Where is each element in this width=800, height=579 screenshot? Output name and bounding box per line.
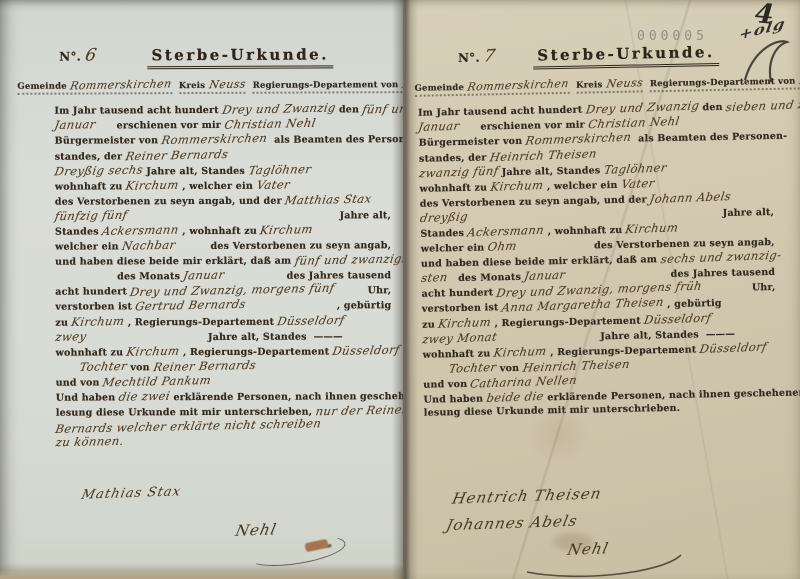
handwritten-text: Januar [417, 121, 460, 134]
handwritten-text: Drey und Zwanzig [221, 103, 336, 117]
handwritten-text: sten [420, 272, 448, 285]
printed-text: den [335, 106, 362, 116]
spacer [517, 248, 594, 249]
printed-text: des Verstorbenen zu seyn angab, und der [55, 196, 285, 207]
spacer [702, 291, 752, 292]
printed-text: des Monats [448, 273, 525, 284]
printed-text: , gebürtig [664, 299, 722, 310]
certificate-page-right: N°. 7 Sterbe-Urkunde. Gemeinde Rommerski… [403, 0, 800, 579]
printed-text: als Beamten des Personen- [631, 132, 787, 144]
handwritten-text: Kirchum [71, 315, 126, 328]
printed-text: welcher ein [55, 242, 122, 252]
certificate-body: Im Jahr tausend acht hundert Drey und Zw… [54, 103, 392, 452]
handwritten-text: Düsseldorf [643, 312, 712, 326]
handwritten-text: sechs und zwanzig- [660, 250, 782, 266]
printed-text: von [496, 364, 523, 374]
printed-text: , wohnhaft zu [179, 227, 261, 237]
certificate-header: N°. 7 Sterbe-Urkunde. [458, 42, 757, 66]
handwritten-text: Kirchum [625, 222, 680, 235]
printed-text: erschienen vor mir [96, 121, 225, 131]
signature-mayor: Nehl [234, 520, 279, 539]
handwritten-text: Ackersmann [467, 225, 546, 239]
printed-text: von [127, 363, 153, 373]
handwritten-text: Düsseldorf [277, 314, 346, 327]
printed-text: Jahre alt, Standes ——— [208, 332, 343, 342]
spacer [127, 218, 339, 219]
printed-text: Uhr, [368, 287, 392, 297]
handwritten-text: Kirchum [126, 345, 181, 358]
spacer [423, 372, 449, 373]
body-line: Tochter von Reiner Bernards [56, 360, 392, 377]
printed-text: Im Jahr tausend acht hundert [418, 106, 586, 119]
printed-text: Und haben [56, 393, 119, 403]
handwritten-text: Kirchum [437, 316, 492, 329]
printed-text: zu [55, 318, 71, 328]
printed-text: wohnhaft zu [423, 349, 494, 360]
printed-text: des Verstorbenen zu seyn angab, [210, 241, 391, 251]
printed-text: welcher ein [421, 244, 488, 255]
scanned-registry-spread: { "meta": { "stamp_number": "000005", "f… [0, 0, 800, 579]
printed-text: acht hundert [55, 288, 130, 298]
handwritten-text: Johann Abels [649, 191, 732, 206]
field-gemeinde: Gemeinde Rommerskirchen [414, 79, 569, 97]
printed-text: des Jahres tausend [671, 268, 776, 280]
certificate-number-label: N°. [59, 51, 81, 63]
printed-text: , Regierungs-Departement [124, 317, 277, 327]
printed-text: und haben diese beide mir erklärt, daß a… [421, 255, 661, 269]
printed-text: , welcher ein [179, 181, 257, 191]
printed-text: standes, der [55, 152, 126, 162]
printed-text: Bürgermeister von [55, 137, 162, 147]
body-line: Dreyßig sechs Jahre alt, Standes Taglöhn… [55, 164, 391, 181]
spacer [735, 336, 776, 337]
printed-text: zu [422, 320, 438, 330]
handwritten-text: Gertrud Bernards [134, 299, 247, 313]
printed-text: , Regierungs-Departement [179, 347, 332, 357]
printed-text: den [699, 103, 726, 113]
handwritten-text: die zwei [118, 391, 171, 404]
handwritten-text: Rommerskirchen [161, 133, 269, 147]
printed-text: wohnhaft zu [55, 182, 126, 192]
handwritten-text: Ackersmann [101, 224, 180, 237]
handwritten-text: Christian Nehl [223, 118, 316, 131]
certificate-number: 7 [482, 48, 496, 65]
printed-text: verstorben ist [55, 303, 135, 313]
handwritten-text: Kirchum [125, 179, 180, 192]
header-fields: Gemeinde Rommerskirchen Kreis Neuss Regi… [17, 78, 394, 95]
printed-text: , welcher ein [543, 181, 621, 192]
handwritten-text: zwey Monat [421, 331, 497, 345]
corner-flourish [737, 36, 795, 84]
printed-text: Jahre alt, [340, 211, 391, 221]
printed-text: wohnhaft zu [56, 348, 127, 358]
handwritten-text: Dreyßig sechs [54, 164, 144, 177]
printed-text: Jahre alt, Standes [143, 166, 249, 176]
signature-witness: Mathias Stax [80, 484, 183, 502]
printed-text: Jahre alt, Standes ——— [600, 329, 735, 341]
printed-text: standes, der [419, 153, 490, 164]
spacer [497, 339, 600, 341]
handwritten-text: Heinrich Theisen [522, 359, 631, 374]
handwritten-text: Kirchum [490, 180, 545, 193]
handwritten-text: zu können. [55, 436, 125, 449]
handwritten-text: Vater [620, 178, 655, 191]
spacer [468, 216, 723, 221]
handwritten-text: Januar [54, 119, 97, 131]
printed-text: wohnhaft zu [419, 183, 490, 194]
handwritten-text: Christian Nehl [587, 116, 680, 131]
printed-text: des Verstorbenen zu seyn angab, und der [420, 195, 651, 209]
header-fields: Gemeinde Rommerskirchen Kreis Neuss Regi… [414, 74, 789, 97]
field-regierungs-departement: Regierungs-Departement von Düsseldorf [253, 78, 403, 94]
printed-text: , gebürtig [337, 302, 392, 312]
handwritten-text: Matthias Stax [284, 193, 373, 206]
certificate-header: N°. 6 Sterbe-Urkunde. [59, 45, 384, 65]
handwritten-text: Nachbar [121, 240, 176, 253]
handwritten-text: Bernards welcher erklärte nicht schreibe… [54, 418, 322, 435]
handwritten-text: Mechtild Pankum [102, 375, 213, 389]
printed-text: des Monats [117, 272, 184, 282]
body-line: Im Jahr tausend acht hundert Drey und Zw… [54, 103, 390, 120]
handwritten-text: Januar [183, 270, 226, 282]
printed-text: Und haben [424, 395, 487, 406]
certificate-title: Sterbe-Urkunde. [495, 42, 757, 66]
handwritten-text: zwey [54, 331, 87, 343]
signature-witness: Johannes Abels [445, 512, 580, 535]
field-gemeinde: Gemeinde Rommerskirchen [17, 79, 172, 95]
handwritten-text: Düsseldorf [332, 344, 401, 357]
body-line: zu können. [56, 435, 392, 452]
body-line: und von Mechtild Pankum [56, 375, 392, 392]
printed-text: und von [423, 380, 471, 390]
handwritten-text: Catharina Nellen [470, 375, 579, 390]
printed-text: erklärende Personen, nach ihnen geschehe… [544, 388, 800, 403]
field-kreis: Kreis Neuss [179, 79, 246, 95]
printed-text: als Beamten des Personen- [267, 135, 403, 145]
handwritten-text: Drey und Zwanzig [585, 101, 700, 117]
printed-text: acht hundert [421, 289, 496, 300]
handwritten-text: Anna Margaretha Theisen [501, 297, 665, 314]
handwritten-text: fünf und zwanzigsten [294, 253, 403, 267]
printed-text: Jahre alt, [723, 208, 775, 218]
handwritten-text: Reiner Bernards [152, 360, 257, 374]
certificate-page-left: N°. 6 Sterbe-Urkunde. Gemeinde Rommerski… [0, 0, 403, 579]
handwritten-text: Reiner Bernards [125, 149, 230, 163]
printed-text: verstorben ist [422, 304, 502, 315]
handwritten-text: zwanzig fünf [418, 165, 499, 179]
printed-text: des Jahres tausend [287, 271, 392, 281]
printed-text: Im Jahr tausend acht hundert [54, 106, 222, 116]
spacer [566, 277, 671, 279]
certificate-title: Sterbe-Urkunde. [96, 45, 384, 65]
printed-text: , wohnhaft zu [544, 226, 626, 237]
printed-text: Uhr, [752, 283, 776, 293]
handwritten-text: dreyßig [419, 211, 469, 224]
body-line: zu Kirchum , Regierungs-Departement Düss… [55, 315, 391, 332]
handwritten-text: Tochter [79, 361, 128, 374]
archive-stamp-number: 000005 [637, 29, 708, 44]
handwritten-text: Kirchum [259, 224, 314, 237]
printed-text: und haben diese beide mir erklärt, daß a… [55, 257, 295, 268]
printed-text: Bürgermeister von [419, 137, 526, 149]
certificate-body: Im Jahr tausend acht hundert Drey und Zw… [418, 100, 778, 424]
certificate-number-label: N°. [458, 52, 480, 64]
signature-witness: Hentrich Theisen [450, 484, 603, 507]
printed-text: Standes [55, 227, 102, 237]
handwritten-text: Kirchum [493, 346, 548, 359]
handwritten-text: Heinrich Theisen [489, 148, 598, 163]
handwritten-text: Taglöhner [603, 162, 667, 176]
handwritten-text: Ohm [487, 241, 518, 254]
handwritten-text: Rommerskirchen [525, 132, 633, 147]
handwritten-text: beide die [486, 391, 545, 405]
field-kreis: Kreis Neuss [576, 77, 643, 94]
handwritten-text: sieben und zwanzigsten [725, 97, 800, 114]
printed-text: , Regierungs-Departement [491, 316, 644, 328]
printed-text: Standes [420, 229, 467, 239]
handwritten-text: Düsseldorf [699, 341, 768, 355]
handwritten-text: fünfzig fünf [54, 210, 128, 223]
body-line: Standes Ackersmann , wohnhaft zu Kirchum [55, 224, 391, 241]
printed-text: erschienen vor mir [459, 121, 588, 133]
handwritten-text: Taglöhner [247, 164, 312, 177]
handwritten-text: Vater [255, 179, 290, 191]
printed-text: , Regierungs-Departement [547, 345, 700, 357]
signature-flourish [521, 552, 691, 579]
printed-text: und von [56, 378, 103, 388]
handwritten-text: nur der Reiner [315, 404, 403, 418]
handwritten-text: fünf und zwanzigsten [361, 102, 403, 116]
handwritten-text: Tochter [448, 362, 497, 375]
printed-text: Jahre alt, Standes [498, 166, 604, 178]
printed-text: erklärende Personen, nach ihnen geschehe… [170, 392, 403, 403]
spacer [86, 340, 208, 341]
handwritten-text: Januar [524, 270, 567, 283]
